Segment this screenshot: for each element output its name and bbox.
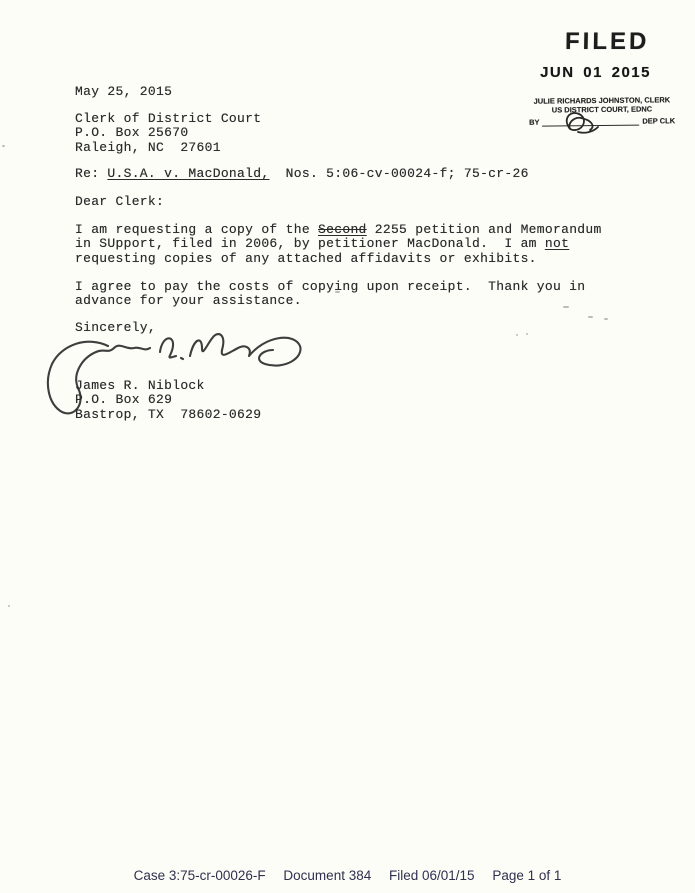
re-line: Re: U.S.A. v. MacDonald, Nos. 5:06-cv-00…: [75, 167, 529, 181]
clerk-initials-scrawl: [560, 107, 606, 135]
footer-page-number: Page 1 of 1: [492, 868, 561, 883]
scan-speck: [516, 334, 518, 336]
body-paragraph-1: I am requesting a copy of the Second 225…: [75, 223, 602, 266]
re-prefix: Re:: [75, 166, 107, 181]
signer-address: James R. Niblock P.O. Box 629 Bastrop, T…: [75, 379, 261, 422]
scan-speck: [588, 316, 593, 318]
scan-speck: [526, 333, 528, 335]
scanned-letter-page: FILED JUN 01 2015 JULIE RICHARDS JOHNSTO…: [0, 0, 695, 893]
footer-filed-date: Filed 06/01/15: [389, 868, 475, 883]
by-label: BY: [529, 118, 540, 127]
para1-text: I am requesting a copy of the: [75, 222, 318, 237]
ecf-footer: Case 3:75-cr-00026-F Document 384 Filed …: [0, 868, 695, 883]
scan-speck: [335, 291, 340, 293]
para1-not-word: not: [545, 236, 569, 251]
footer-document-number: Document 384: [283, 868, 371, 883]
filed-date-stamp: JUN 01 2015: [540, 64, 651, 81]
scan-speck: [8, 605, 10, 607]
para1-second-word: Second: [318, 222, 367, 237]
recipient-address: Clerk of District Court P.O. Box 25670 R…: [75, 112, 261, 155]
body-paragraph-2: I agree to pay the costs of copying upon…: [75, 280, 585, 309]
footer-case-number: Case 3:75-cr-00026-F: [134, 868, 266, 883]
letter-date: May 25, 2015: [75, 85, 172, 99]
re-case-numbers: Nos. 5:06-cv-00024-f; 75-cr-26: [269, 166, 528, 181]
dep-clk-label: DEP CLK: [642, 116, 675, 125]
scan-speck: [2, 145, 5, 147]
para1-text: requesting copies of any attached affida…: [75, 251, 537, 266]
filed-stamp: FILED: [564, 28, 649, 56]
salutation: Dear Clerk:: [75, 195, 164, 209]
scan-speck: [604, 318, 608, 320]
scan-speck: [563, 306, 569, 308]
re-case-name: U.S.A. v. MacDonald,: [107, 166, 269, 181]
